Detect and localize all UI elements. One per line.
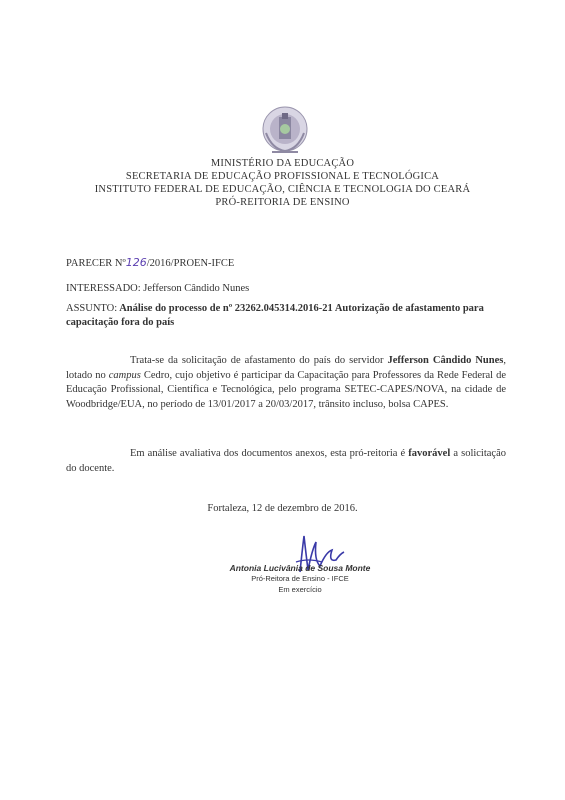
- letterhead: MINISTÉRIO DA EDUCAÇÃO SECRETARIA DE EDU…: [0, 157, 565, 209]
- interessado-value: Jefferson Cândido Nunes: [141, 283, 250, 294]
- date-line: Fortaleza, 12 de dezembro de 2016.: [0, 503, 565, 514]
- signatory-role: Pró-Reitora de Ensino - IFCE: [190, 573, 410, 584]
- servant-name: Jefferson Cândido Nunes: [388, 355, 504, 366]
- header-department: PRÓ-REITORIA DE ENSINO: [0, 196, 565, 209]
- assunto-label: ASSUNTO:: [66, 303, 117, 314]
- parecer-line: PARECER Nº126/2016/PROEN-IFCE: [66, 256, 234, 269]
- assunto-line: ASSUNTO: Análise do processo de nº 23262…: [66, 302, 506, 330]
- parecer-suffix: /2016/PROEN-IFCE: [147, 258, 235, 269]
- body-paragraph-1: Trata-se da solicitação de afastamento d…: [66, 354, 506, 412]
- parecer-number: 126: [126, 256, 147, 269]
- header-institute: INSTITUTO FEDERAL DE EDUCAÇÃO, CIÊNCIA E…: [0, 183, 565, 196]
- decision: favorável: [408, 448, 450, 459]
- coat-of-arms-icon: [258, 103, 312, 157]
- interessado-label: INTERESSADO:: [66, 283, 141, 294]
- signatory-name: Antonia Lucivânia de Sousa Monte: [190, 563, 410, 573]
- header-secretariat: SECRETARIA DE EDUCAÇÃO PROFISSIONAL E TE…: [0, 170, 565, 183]
- header-ministry: MINISTÉRIO DA EDUCAÇÃO: [0, 157, 565, 170]
- parecer-label: PARECER Nº: [66, 258, 126, 269]
- signature-block: Antonia Lucivânia de Sousa Monte Pró-Rei…: [190, 563, 410, 595]
- assunto-value: Análise do processo de nº 23262.045314.2…: [66, 303, 484, 328]
- signatory-status: Em exercício: [190, 584, 410, 595]
- interessado-line: INTERESSADO: Jefferson Cândido Nunes: [66, 283, 249, 294]
- body-paragraph-2: Em análise avaliativa dos documentos ane…: [66, 447, 506, 476]
